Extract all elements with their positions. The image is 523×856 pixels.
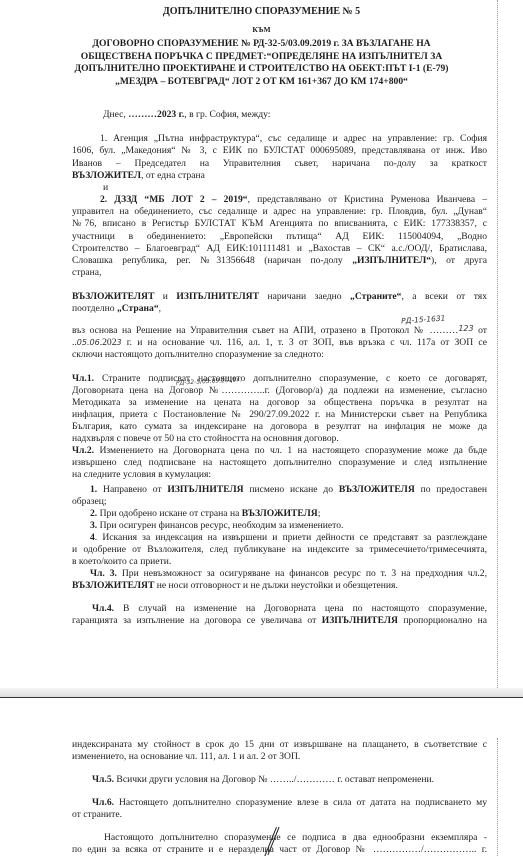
basis-line: въз основа на Решение на Управителния съ… [72, 325, 487, 337]
art1-line: България, като сумата за индексиране на … [72, 421, 487, 433]
art1-line: надхвърля с повече от 50 на сто стойност… [72, 433, 339, 445]
closing-line: Настоящото допълнително споразумение се … [72, 832, 487, 844]
party2-line: управител на обединението, със седалище … [72, 206, 487, 218]
doc-title: ДОПЪЛНИТЕЛНО СПОРАЗУМЕНИЕ № 5 [0, 6, 523, 18]
closing-line: по един за всяка от страните и е неразде… [72, 844, 487, 856]
parties-definition: поотделно „Страна“, [72, 303, 161, 315]
handwritten-protocol-no: 123 [458, 324, 473, 333]
basis-line: ..05.06.2023 г. и на основание чл. 116, … [72, 337, 487, 349]
party2-line: №76, вписано в Регистър БУЛСТАТ КЪМ Аген… [72, 218, 487, 230]
party1-line: Иванов – Председател на Управителния съв… [72, 158, 487, 170]
art4-line: изменението, на основание чл. 111, ал. 1… [72, 751, 300, 763]
doc-heading-line: ДОПЪЛНИТЕЛНО ПРОЕКТИРАНЕ И СТРОИТЕЛСТВО … [0, 63, 523, 75]
art3-line: Чл. 3. При невъзможност за осигуряване н… [72, 568, 487, 580]
doc-heading-line: ОБЩЕСТВЕНА ПОРЪЧКА С ПРЕДМЕТ:“ОПРЕДЕЛЯНЕ… [0, 51, 523, 63]
art2-line: Чл.2. Изменението на Договорната цена по… [72, 445, 487, 457]
art2-item-2: 2. При одобрено искане от страна на ВЪЗЛ… [90, 508, 320, 520]
art2-line: на следните условия в кумулация: [72, 469, 211, 481]
art6-line: Чл.6. Настоящето допълнително споразумен… [72, 797, 487, 809]
and-word: и [103, 182, 108, 194]
art4-line: Чл.4. В случай на изменение на Договорна… [72, 603, 487, 615]
margin-line [497, 738, 498, 856]
doc-subtitle-kam: КЪМ [0, 24, 523, 36]
handwritten-protocol-ref: РД-15-1631 [401, 313, 446, 325]
art4-line: индексираната му стойност в срок до 15 д… [72, 739, 487, 751]
handwritten-decision-date: 05.06 [77, 338, 100, 347]
document-page-1: ДОПЪЛНИТЕЛНО СПОРАЗУМЕНИЕ № 5 КЪМ ДОГОВО… [0, 0, 523, 688]
art1-line: Договорната цена на Договор №…………..г. (Д… [72, 385, 487, 397]
art1-line: инфлация, приета с Постановление № 290/2… [72, 409, 487, 421]
handwritten-year-digit: 3 [117, 338, 122, 347]
party2-line: Строителство – Благоевград“ АД ЕИК:10111… [72, 243, 487, 255]
art2-item-4: и одобрение от Възложителя, след публику… [72, 544, 487, 556]
parties-definition: ВЪЗЛОЖИТЕЛЯТ и ИЗПЪЛНИТЕЛЯТ наричани зае… [72, 291, 487, 303]
art2-item-1: образец; [72, 496, 107, 508]
art1-line: Чл.1. Страните подписват настоящето допъ… [72, 373, 487, 385]
art3-line: ВЪЗЛОЖИТЕЛЯТ не носи отговорност и не дъ… [72, 580, 398, 592]
party2-line: страна, [72, 267, 101, 279]
art2-item-4: в което/които са приети. [72, 556, 171, 568]
party2-line: 2. ДЗЗД “МБ ЛОТ 2 – 2019“, представляван… [72, 194, 487, 206]
party1-line: 1606, бул. „Македония“ № 3, с ЕИК по БУЛ… [72, 145, 487, 157]
intro-line: Днес, ………2023 г., в гр. София, между: [103, 109, 270, 121]
art2-item-4: 4. Искания за индексация на извършени и … [72, 532, 487, 544]
basis-line: сключи настоящото допълнително споразуме… [72, 349, 324, 361]
party2-line: Словашка република, рег. №31356648 (нари… [72, 255, 487, 267]
art6-line: от страните. [72, 809, 122, 821]
party1-line: 1. Агенция „Пътна инфраструктура“, със с… [72, 133, 487, 145]
art5-line: Чл.5. Всички други условия на Договор № … [92, 774, 434, 786]
doc-heading-line: „МЕЗДРА – БОТЕВГРАД“ ЛОТ 2 ОТ КМ 161+367… [0, 76, 523, 88]
margin-line [497, 0, 498, 688]
party1-line: ВЪЗЛОЖИТЕЛ, от една страна [72, 170, 205, 182]
page-break [0, 688, 523, 698]
art1-line: Методиката за изменение на цената на дог… [72, 397, 487, 409]
doc-heading-line: ДОГОВОРНО СПОРАЗУМЕНИЕ № РД-32-5/03.09.2… [0, 38, 523, 50]
art2-item-1: 1. Направено от ИЗПЪЛНИТЕЛЯ писмено иска… [72, 484, 487, 496]
document-page-2: индексираната му стойност в срок до 15 д… [0, 698, 523, 856]
art4-line: гаранцията за изпълнение на договора се … [72, 615, 487, 627]
party2-line: участници в обединението: „Европейски пъ… [72, 231, 487, 243]
art2-line: извършено след подписване на настоящето … [72, 457, 487, 469]
art2-item-3: 3. При осигурен финансов ресурс, необход… [90, 520, 343, 532]
